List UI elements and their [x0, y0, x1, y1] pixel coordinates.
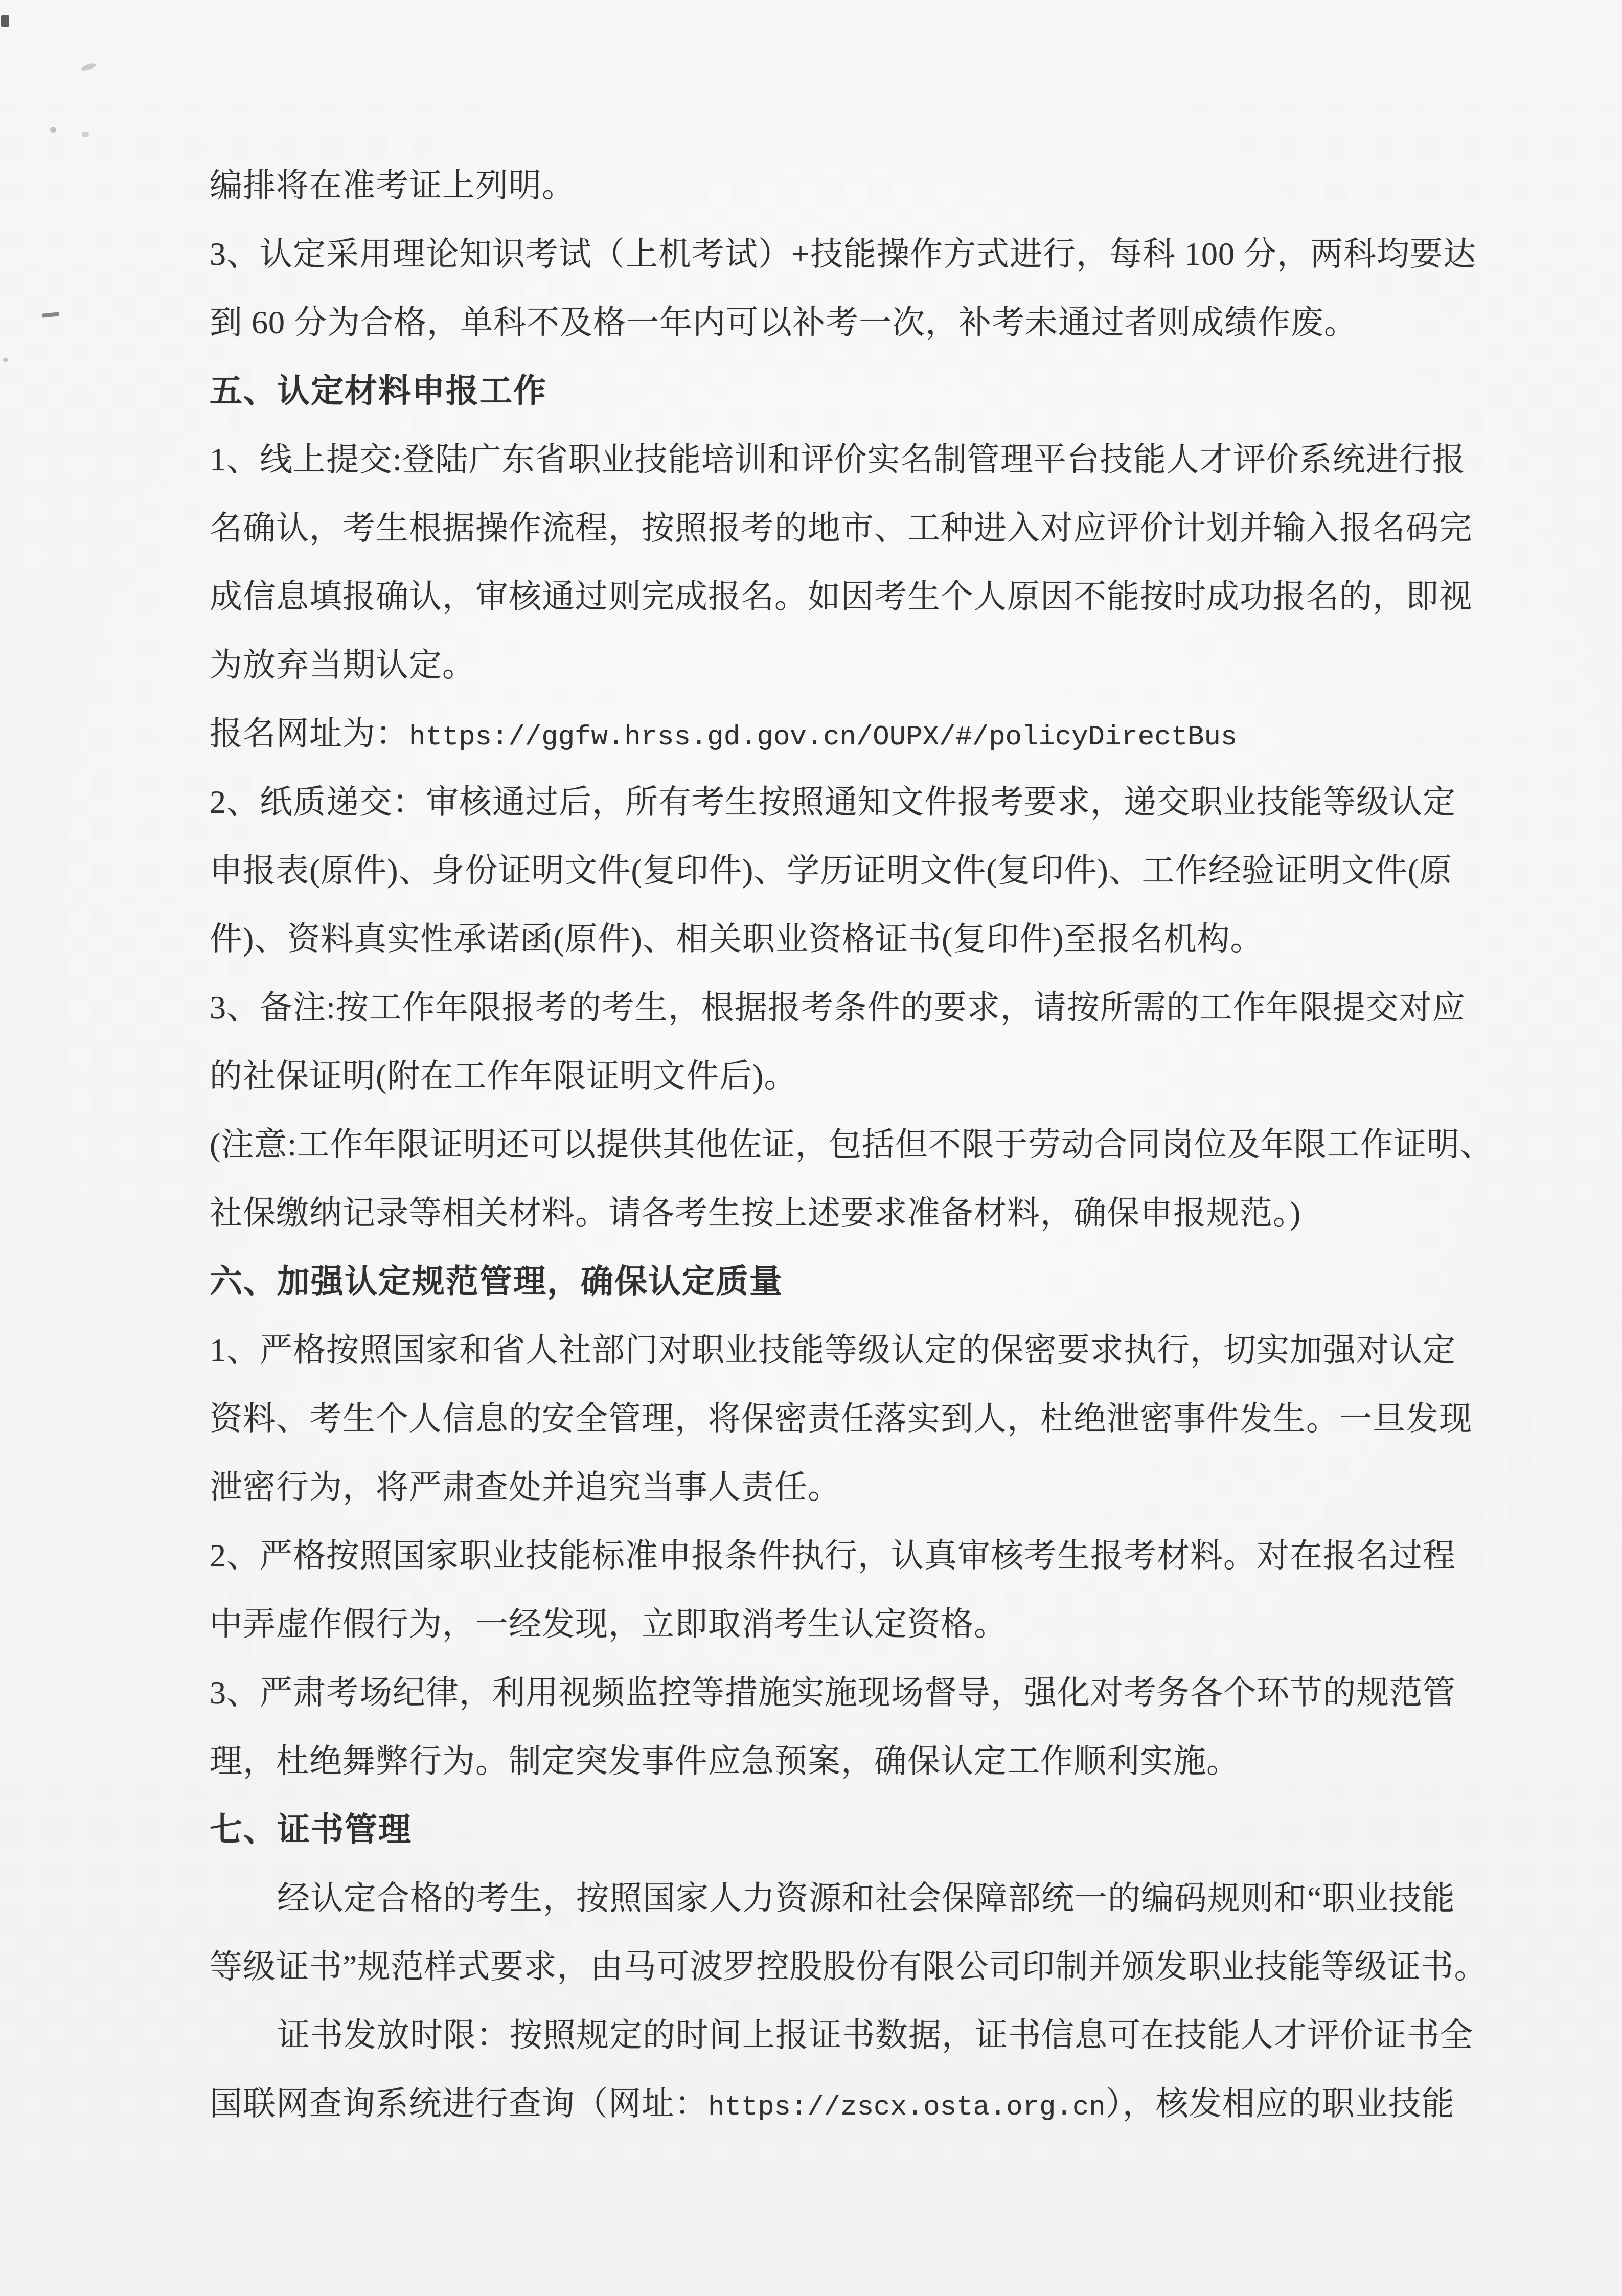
text-line: 2、严格按照国家职业技能标准申报条件执行，认真审核考生报考材料。对在报名过程 — [210, 1521, 1488, 1590]
text-line: 到 60 分为合格，单科不及格一年内可以补考一次，补考未通过者则成绩作废。 — [210, 288, 1488, 357]
text-line: 名确认，考生根据操作流程，按照报考的地市、工种进入对应评价计划并输入报名码完 — [210, 494, 1488, 562]
text-line: 经认定合格的考生，按照国家人力资源和社会保障部统一的编码规则和“职业技能 — [210, 1864, 1488, 1933]
text-line: 资料、考生个人信息的安全管理，将保密责任落实到人，杜绝泄密事件发生。一旦发现 — [210, 1384, 1488, 1453]
text-line: 等级证书”规范样式要求，由马可波罗控股股份有限公司印制并颁发职业技能等级证书。 — [210, 1933, 1488, 2001]
text-line: 六、加强认定规范管理，确保认定质量 — [210, 1247, 1488, 1316]
text-line: 报名网址为：https://ggfw.hrss.gd.gov.cn/OUPX/#… — [210, 699, 1488, 768]
text-line: (注意:工作年限证明还可以提供其他佐证，包括但不限于劳动合同岗位及年限工作证明、 — [210, 1110, 1488, 1179]
url-text: https://ggfw.hrss.gd.gov.cn/OUPX/#/polic… — [409, 722, 1237, 753]
text-line: 理，杜绝舞弊行为。制定突发事件应急预案，确保认定工作顺利实施。 — [210, 1727, 1488, 1795]
text-line: 3、认定采用理论知识考试（上机考试）+技能操作方式进行，每科 100 分，两科均… — [210, 220, 1488, 288]
scan-speck — [80, 62, 97, 72]
line-text: 国联网查询系统进行查询（网址： — [210, 2085, 708, 2122]
text-line: 3、备注:按工作年限报考的考生，根据报考条件的要求，请按所需的工作年限提交对应 — [210, 973, 1488, 1042]
text-line: 1、线上提交:登陆广东省职业技能培训和评价实名制管理平台技能人才评价系统进行报 — [210, 425, 1488, 494]
line-text: ），核发相应的职业技能 — [1106, 2085, 1455, 2122]
scan-speck — [42, 312, 60, 318]
text-line: 的社保证明(附在工作年限证明文件后)。 — [210, 1042, 1488, 1110]
scan-speck — [1, 15, 9, 27]
scan-speck — [82, 132, 89, 137]
text-line: 编排将在准考证上列明。 — [210, 151, 1488, 220]
text-line: 五、认定材料申报工作 — [210, 357, 1488, 425]
scan-speck — [3, 358, 8, 362]
url-text: https://zscx.osta.org.cn — [708, 2092, 1106, 2123]
text-line: 申报表(原件)、身份证明文件(复印件)、学历证明文件(复印件)、工作经验证明文件… — [210, 836, 1488, 905]
document-body: 编排将在准考证上列明。3、认定采用理论知识考试（上机考试）+技能操作方式进行，每… — [210, 151, 1488, 2138]
text-line: 3、严肃考场纪律，利用视频监控等措施实施现场督导，强化对考务各个环节的规范管 — [210, 1658, 1488, 1727]
document-page: 编排将在准考证上列明。3、认定采用理论知识考试（上机考试）+技能操作方式进行，每… — [0, 0, 1622, 2296]
text-line: 为放弃当期认定。 — [210, 631, 1488, 699]
text-line: 证书发放时限：按照规定的时间上报证书数据，证书信息可在技能人才评价证书全 — [210, 2001, 1488, 2070]
text-line: 泄密行为，将严肃查处并追究当事人责任。 — [210, 1453, 1488, 1521]
line-text: 报名网址为： — [210, 715, 409, 752]
text-line: 成信息填报确认，审核通过则完成报名。如因考生个人原因不能按时成功报名的，即视 — [210, 562, 1488, 631]
text-line: 七、证书管理 — [210, 1795, 1488, 1864]
text-line: 中弄虚作假行为，一经发现，立即取消考生认定资格。 — [210, 1590, 1488, 1658]
scan-speck — [50, 127, 56, 133]
text-line: 1、严格按照国家和省人社部门对职业技能等级认定的保密要求执行，切实加强对认定 — [210, 1316, 1488, 1384]
text-line: 国联网查询系统进行查询（网址：https://zscx.osta.org.cn）… — [210, 2070, 1488, 2138]
text-line: 2、纸质递交：审核通过后，所有考生按照通知文件报考要求，递交职业技能等级认定 — [210, 768, 1488, 836]
text-line: 社保缴纳记录等相关材料。请各考生按上述要求准备材料，确保申报规范。) — [210, 1179, 1488, 1247]
text-line: 件)、资料真实性承诺函(原件)、相关职业资格证书(复印件)至报名机构。 — [210, 905, 1488, 973]
